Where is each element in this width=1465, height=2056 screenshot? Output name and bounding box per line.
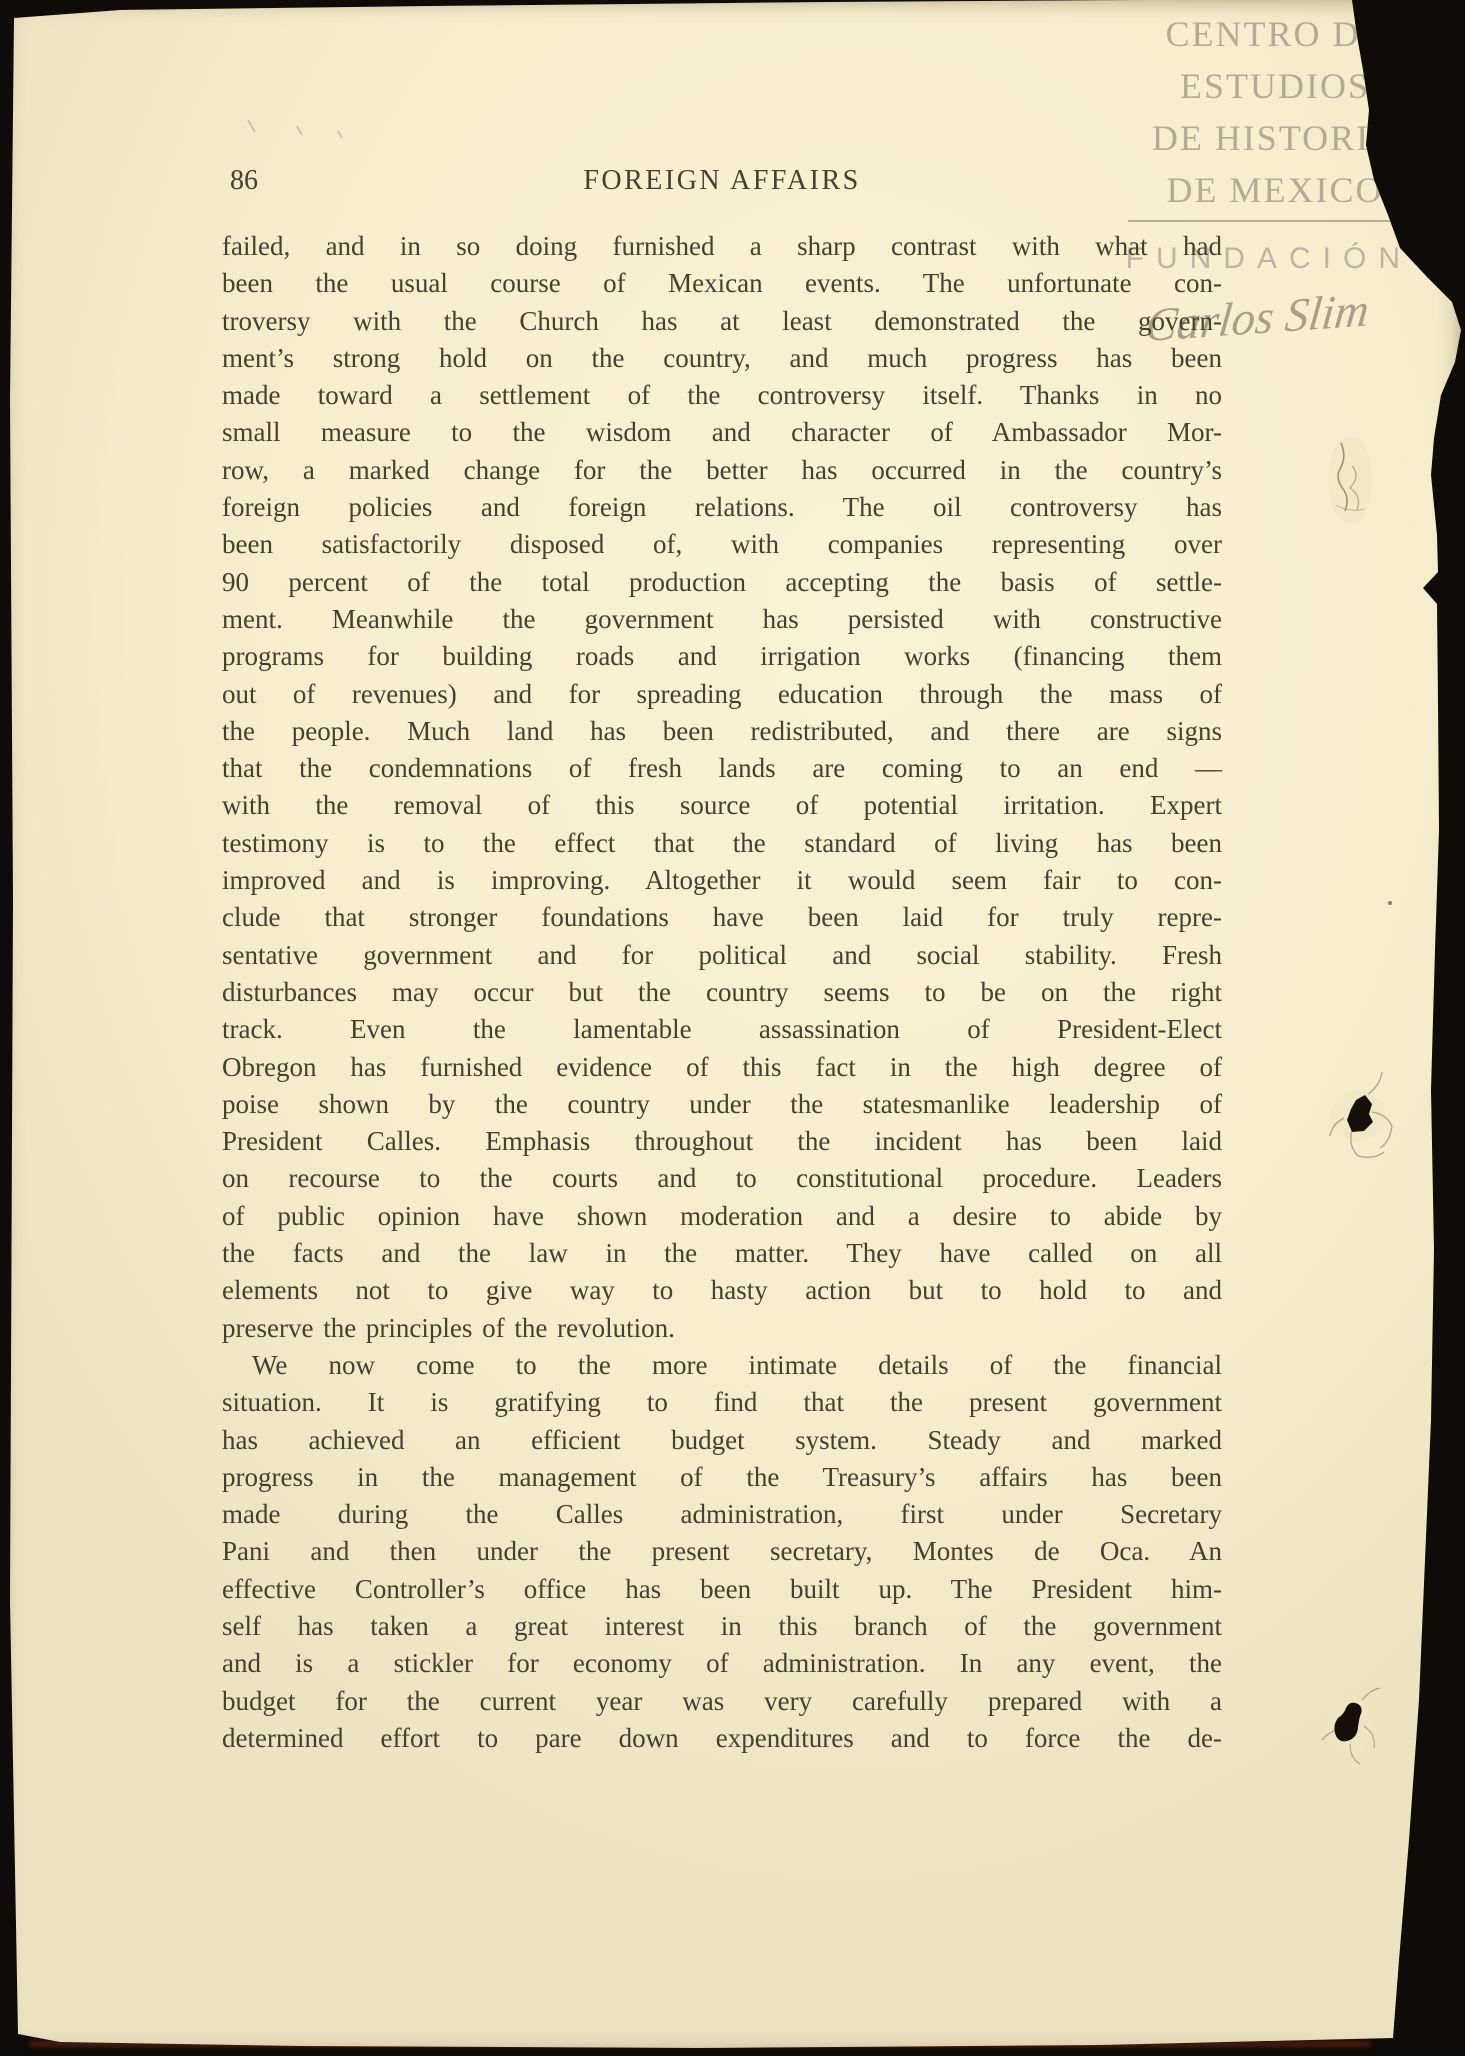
text-line: poise shown by the country under the sta… xyxy=(222,1086,1222,1123)
watermark-divider xyxy=(1128,220,1465,222)
text-line: row, a marked change for the better has … xyxy=(222,452,1222,489)
text-line: determined effort to pare down expenditu… xyxy=(222,1720,1222,1757)
text-line: effective Controller’s office has been b… xyxy=(222,1571,1222,1608)
watermark-line: CENTRO DE xyxy=(1110,8,1440,60)
text-line: out of revenues) and for spreading educa… xyxy=(222,676,1222,713)
text-line: self has taken a great interest in this … xyxy=(222,1608,1222,1645)
text-line: sentative government and for political a… xyxy=(222,937,1222,974)
text-line: with the removal of this source of poten… xyxy=(222,787,1222,824)
text-line: track. Even the lamentable assassination… xyxy=(222,1011,1222,1048)
text-line: elements not to give way to hasty action… xyxy=(222,1272,1222,1309)
text-line: of public opinion have shown moderation … xyxy=(222,1198,1222,1235)
text-line: ment. Meanwhile the government has persi… xyxy=(222,601,1222,638)
text-line: failed, and in so doing furnished a shar… xyxy=(222,228,1222,265)
text-line: the facts and the law in the matter. The… xyxy=(222,1235,1222,1272)
text-line: made toward a settlement of the controve… xyxy=(222,377,1222,414)
text-line: budget for the current year was very car… xyxy=(222,1683,1222,1720)
text-line: made during the Calles administration, f… xyxy=(222,1496,1222,1533)
text-line: been the usual course of Mexican events.… xyxy=(222,265,1222,302)
text-line: small measure to the wisdom and characte… xyxy=(222,414,1222,451)
text-line: We now come to the more intimate details… xyxy=(222,1347,1222,1384)
text-line: progress in the management of the Treasu… xyxy=(222,1459,1222,1496)
watermark-line: DE HISTORIA xyxy=(1110,112,1440,164)
text-line: clude that stronger foundations have bee… xyxy=(222,899,1222,936)
page: CENTRO DE ESTUDIOS DE HISTORIA DE MEXICO… xyxy=(0,0,1465,2056)
text-line: has achieved an efficient budget system.… xyxy=(222,1422,1222,1459)
text-line: disturbances may occur but the country s… xyxy=(222,974,1222,1011)
text-line: preserve the principles of the revolutio… xyxy=(222,1310,1222,1347)
text-line: the people. Much land has been redistrib… xyxy=(222,713,1222,750)
text-line: improved and is improving. Altogether it… xyxy=(222,862,1222,899)
body-text: failed, and in so doing furnished a shar… xyxy=(222,228,1222,1757)
text-line: and is a stickler for economy of adminis… xyxy=(222,1645,1222,1682)
text-line: President Calles. Emphasis throughout th… xyxy=(222,1123,1222,1160)
text-line: situation. It is gratifying to find that… xyxy=(222,1384,1222,1421)
text-line: that the condemnations of fresh lands ar… xyxy=(222,750,1222,787)
text-line: programs for building roads and irrigati… xyxy=(222,638,1222,675)
text-line: been satisfactorily disposed of, with co… xyxy=(222,526,1222,563)
text-line: testimony is to the effect that the stan… xyxy=(222,825,1222,862)
text-line: Obregon has furnished evidence of this f… xyxy=(222,1049,1222,1086)
text-line: ment’s strong hold on the country, and m… xyxy=(222,340,1222,377)
text-line: Pani and then under the present secretar… xyxy=(222,1533,1222,1570)
text-line: troversy with the Church has at least de… xyxy=(222,303,1222,340)
running-head: FOREIGN AFFAIRS xyxy=(222,166,1222,196)
scan-background: CENTRO DE ESTUDIOS DE HISTORIA DE MEXICO… xyxy=(0,0,1465,2056)
text-line: foreign policies and foreign relations. … xyxy=(222,489,1222,526)
text-line: 90 percent of the total production accep… xyxy=(222,564,1222,601)
watermark-line: ESTUDIOS xyxy=(1110,60,1440,112)
text-line: on recourse to the courts and to constit… xyxy=(222,1160,1222,1197)
